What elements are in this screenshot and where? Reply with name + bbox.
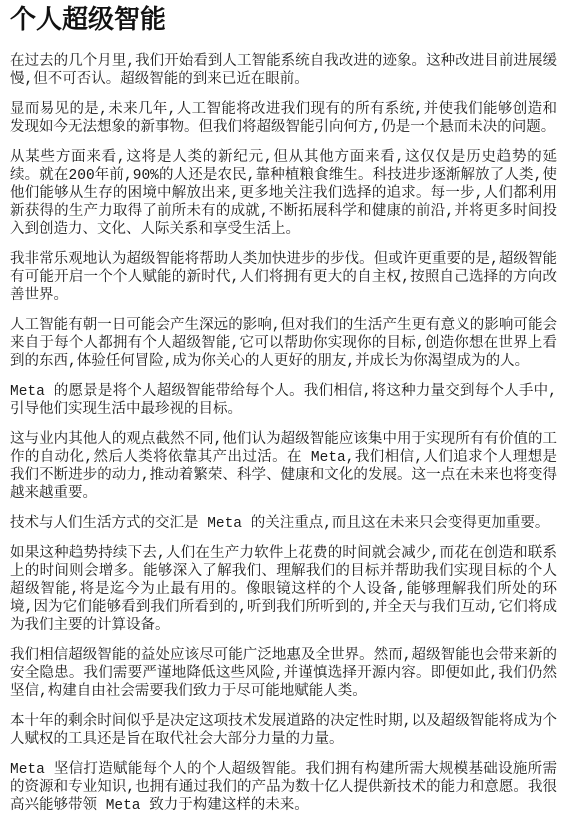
article-body: 在过去的几个月里,我们开始看到人工智能系统自我改进的迹象。这种改进目前进展缓慢,…	[10, 53, 557, 815]
paragraph-industry-contrast: 这与业内其他人的观点截然不同,他们认为超级智能应该集中用于实现所有有价值的工作的…	[10, 431, 557, 503]
paragraph-devices-glasses: 如果这种趋势持续下去,人们在生产力软件上花费的时间就会减少,而花在创造和联系上的…	[10, 545, 557, 635]
paragraph-meta-commitment: Meta 坚信打造赋能每个人的个人超级智能。我们拥有构建所需大规模基础设施所需的…	[10, 761, 557, 815]
paragraph-intro: 在过去的几个月里,我们开始看到人工智能系统自我改进的迹象。这种改进目前进展缓慢,…	[10, 53, 557, 89]
paragraph-history-trend: 从某些方面来看,这将是人类的新纪元,但从其他方面来看,这仅仅是历史趋势的延续。就…	[10, 149, 557, 239]
paragraph-safety: 我们相信超级智能的益处应该尽可能广泛地惠及全世界。然而,超级智能也会带来新的安全…	[10, 647, 557, 701]
paragraph-meta-vision: Meta 的愿景是将个人超级智能带给每个人。我们相信,将这种力量交到每个人手中,…	[10, 383, 557, 419]
paragraph-personal-impact: 人工智能有朝一日可能会产生深远的影响,但对我们的生活产生更有意义的影响可能会来自…	[10, 317, 557, 371]
paragraph-obvious-future: 显而易见的是,未来几年,人工智能将改进我们现有的所有系统,并使我们能够创造和发现…	[10, 101, 557, 137]
page-title: 个人超级智能	[10, 5, 557, 38]
paragraph-optimism: 我非常乐观地认为超级智能将帮助人类加快进步的步伐。但或许更重要的是,超级智能有可…	[10, 251, 557, 305]
paragraph-decade-decisive: 本十年的剩余时间似乎是决定这项技术发展道路的决定性时期,以及超级智能将成为个人赋…	[10, 713, 557, 749]
paragraph-tech-life-focus: 技术与人们生活方式的交汇是 Meta 的关注重点,而且这在未来只会变得更加重要。	[10, 515, 557, 533]
article-page: 个人超级智能 在过去的几个月里,我们开始看到人工智能系统自我改进的迹象。这种改进…	[0, 0, 567, 825]
